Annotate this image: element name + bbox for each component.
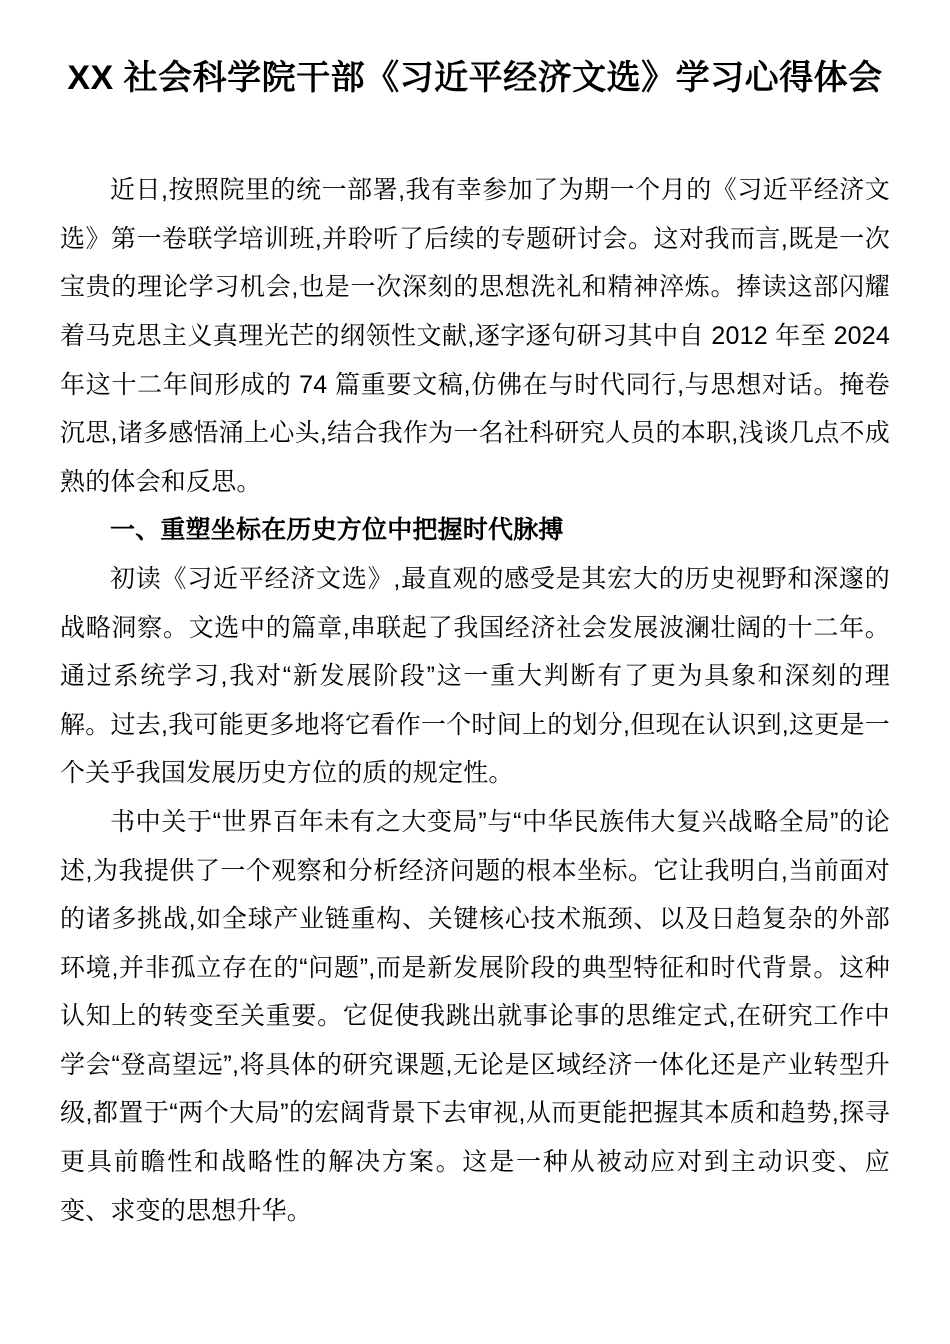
paragraph-body: 初读《习近平经济文选》,最直观的感受是其宏大的历史视野和深邃的战略洞察。文选中的… [60,555,890,798]
paragraph-intro: 近日,按照院里的统一部署,我有幸参加了为期一个月的《习近平经济文选》第一卷联学培… [60,166,890,506]
document-page: XX 社会科学院干部《习近平经济文选》学习心得体会 近日,按照院里的统一部署,我… [0,0,950,1344]
section-heading-1: 一、重塑坐标在历史方位中把握时代脉搏 [60,506,890,555]
paragraph-body: 书中关于“世界百年未有之大变局”与“中华民族伟大复兴战略全局”的论述,为我提供了… [60,798,890,1235]
document-title: XX 社会科学院干部《习近平经济文选》学习心得体会 [60,56,890,100]
